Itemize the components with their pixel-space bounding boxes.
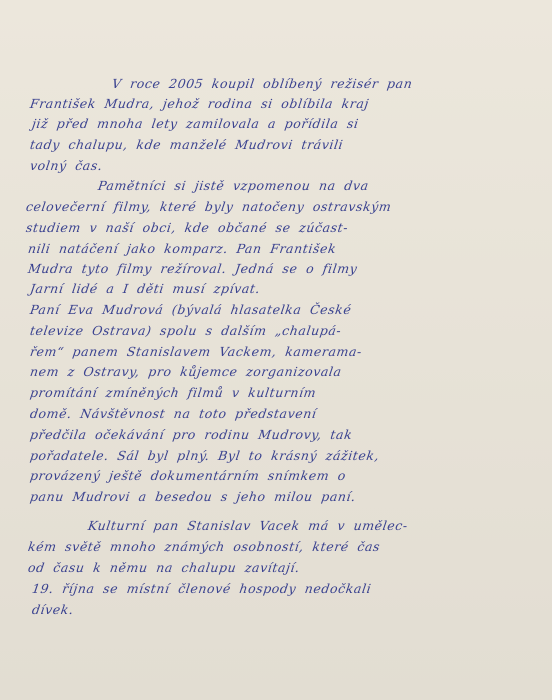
text-line: provázený ještě dokumentárním snímkem o	[29, 468, 347, 484]
text-line: řem“ panem Stanislavem Vackem, kamerama-	[29, 344, 363, 360]
text-line: František Mudra, jehož rodina si oblíbil…	[29, 96, 370, 112]
text-line: volný čas.	[29, 158, 104, 174]
text-line: od času k němu na chalupu zavítají.	[27, 560, 301, 576]
text-line: Mudra tyto filmy režíroval. Jedná se o f…	[27, 261, 359, 277]
text-line: pořadatele. Sál byl plný. Byl to krásný …	[29, 448, 380, 464]
text-line: předčila očekávání pro rodinu Mudrovy, t…	[29, 427, 354, 443]
text-line: celovečerní filmy, které byly natočeny o…	[25, 199, 393, 215]
text-line: kém světě mnoho známých osobností, které…	[27, 539, 381, 555]
text-line: Pamětníci si jistě vzpomenou na dva	[97, 178, 370, 194]
text-line: Jarní lidé a I děti musí zpívat.	[29, 281, 261, 297]
text-line: tady chalupu, kde manželé Mudrovi trávil…	[29, 137, 344, 153]
text-line: dívek.	[31, 602, 75, 618]
text-line: domě. Návštěvnost na toto představení	[29, 406, 318, 422]
text-line: promítání zmíněných filmů v kulturním	[29, 385, 317, 401]
text-line: televize Ostrava) spolu s dalším „chalup…	[29, 323, 343, 339]
text-line: 19. října se místní členové hospody nedo…	[31, 581, 372, 597]
text-line: V roce 2005 koupil oblíbený režisér pan	[111, 76, 414, 92]
text-line: Paní Eva Mudrová (bývalá hlasatelka Česk…	[29, 302, 353, 318]
text-line: studiem v naší obci, kde občané se zúčas…	[25, 220, 349, 236]
text-line: nem z Ostravy, pro kůjemce zorganizovala	[29, 364, 343, 380]
text-line: již před mnoha lety zamilovala a pořídil…	[31, 116, 360, 132]
handwritten-page: V roce 2005 koupil oblíbený režisér pan …	[0, 0, 552, 700]
text-line: panu Mudrovi a besedou s jeho milou paní…	[29, 489, 357, 505]
text-line: Kulturní pan Stanislav Vacek má v umělec…	[87, 518, 409, 534]
text-line: nili natáčení jako komparz. Pan Františe…	[27, 241, 337, 257]
